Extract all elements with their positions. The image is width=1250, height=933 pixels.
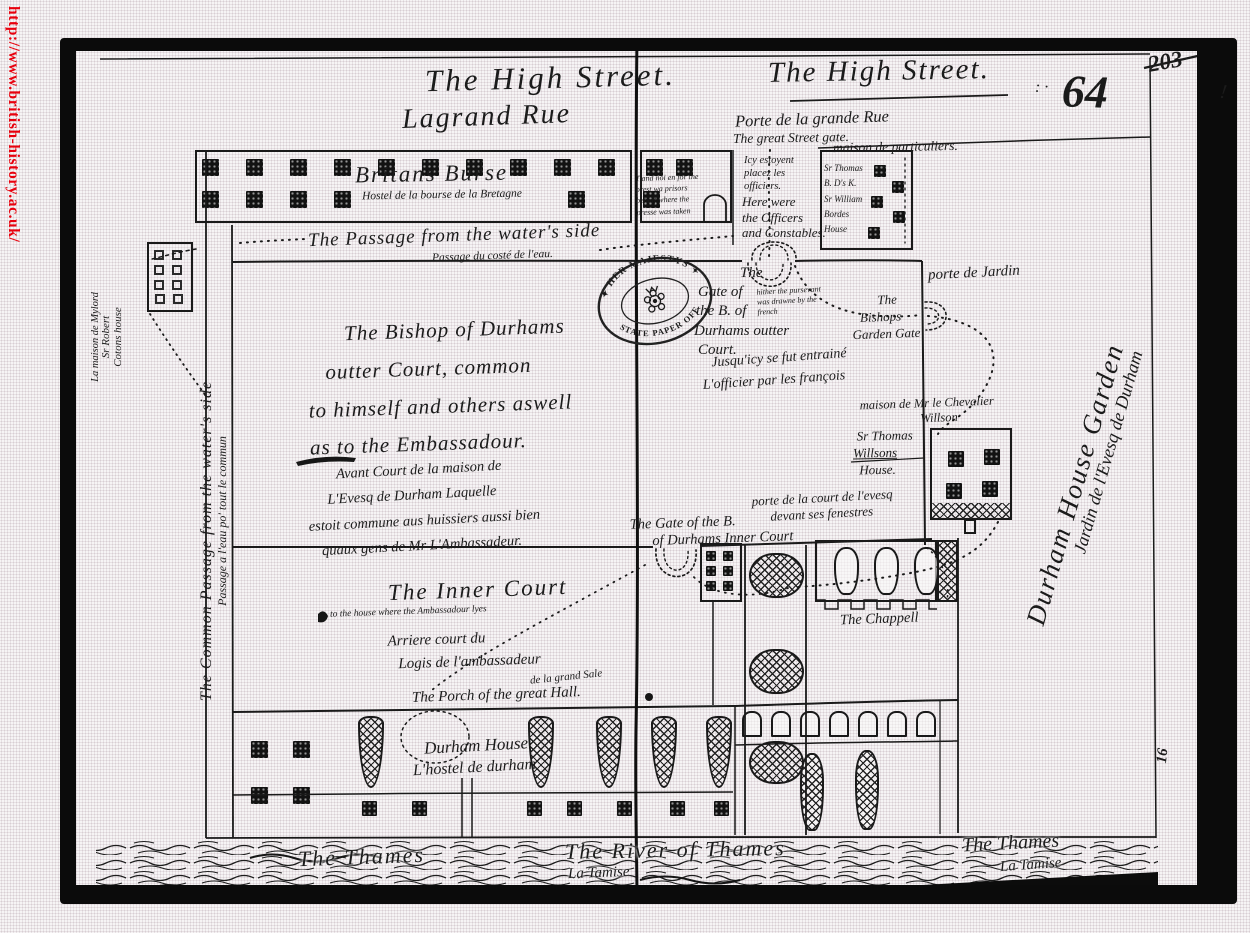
label-officers-french: Icy estoyent placez les officiers. [744, 154, 794, 193]
label-maison-particuliers: maison de particuliers. [833, 139, 958, 155]
label-britans-burse: Britans Burse [355, 161, 509, 188]
label-river-of-thames: The River of Thames [565, 836, 786, 863]
label-thames-left: The Thames [298, 843, 426, 871]
label-inner-court-french: Arriere court du Logis de l'ambassadeur [387, 625, 541, 677]
label-la-tamise-mid: La Tamise [568, 865, 630, 883]
label-particuliers-houses: Sr Thomas B. D's K. Sr William Bordes Ho… [824, 161, 863, 237]
label-outer-court-english: The Bishop of Durhams outter Court, comm… [305, 307, 574, 467]
label-wilson-french: maison de Mr le Chevalier Willson [860, 394, 995, 429]
page-number: 64 [1061, 67, 1109, 117]
corner-number: 16 [1155, 748, 1172, 765]
label-officers-english: Here were the Officers and Constables. [742, 194, 826, 241]
label-chappell: The Chappell [840, 611, 919, 629]
label-inner-gate-english: The Gate of the B. of Durhams Inner Cour… [629, 511, 793, 551]
label-lagrand-rue: Lagrand Rue [402, 99, 572, 134]
note-priest-taken: T'and noi en for the prest wa prisors be… [635, 171, 700, 218]
note-pursevant: hither the pursevant was drawne by the f… [756, 284, 822, 317]
label-bishops-garden-gate: The Bishops Garden Gate [851, 291, 920, 344]
label-left-house: La maison de Mylord Sr Robert Cotons hou… [90, 242, 146, 432]
label-great-street-gate: The great Street gate. [733, 130, 849, 146]
ink-dots-mark: : · [1035, 80, 1048, 97]
label-outer-court-french: Avant Court de la maison de L'Evesq de D… [298, 452, 543, 566]
label-wilson-english: Sr Thomas Willsons House. [853, 427, 914, 479]
label-common-passage: The Common Passage from the water's side… [199, 301, 239, 781]
label-high-street-right: The High Street. [768, 54, 990, 88]
label-high-street-left: The High Street. [425, 59, 677, 98]
scanned-map-page: ✦ HER MAJESTYS ✦ STATE PAPER OFF http://… [0, 0, 1250, 933]
source-url-watermark: http://www.british-history.ac.uk/ [4, 6, 22, 242]
